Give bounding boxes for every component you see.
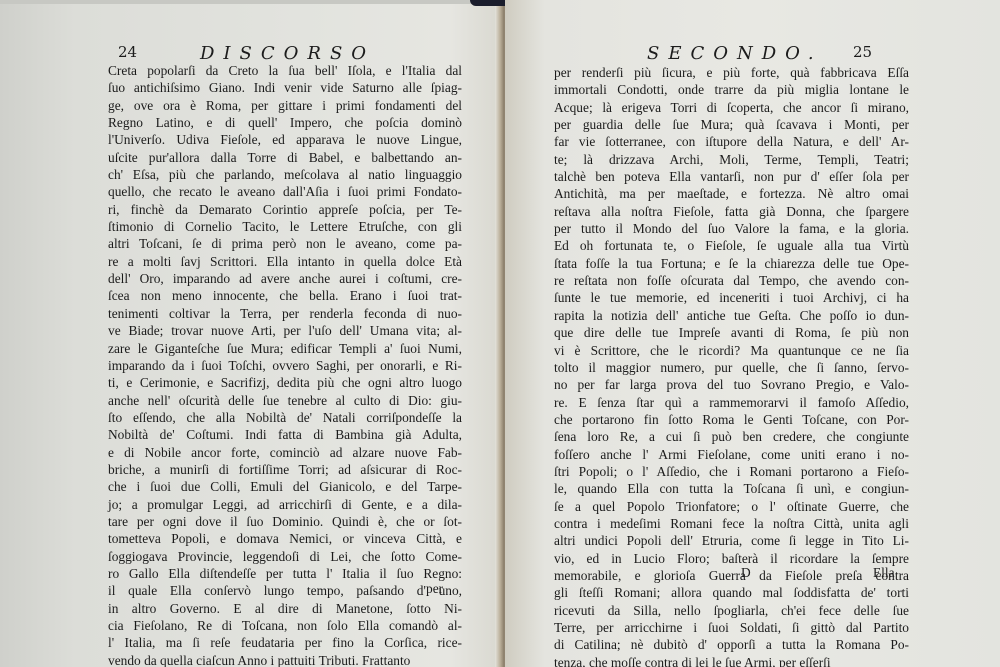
text-line: per guardia delle ſue Mura; quà ſcavava … <box>554 116 909 133</box>
text-line: vendo da quella ciaſcun Anno i pattuiti … <box>108 652 462 667</box>
running-head-right: SECONDO. <box>647 43 823 64</box>
open-book: 24 DISCORSO Creta popolarſi da Creto la … <box>0 0 1000 667</box>
text-line: re. E ſenza ſtar quì a rammemorarvi il f… <box>554 394 909 411</box>
text-line: Antichità, ma per maeſtade, e fortezza. … <box>554 185 909 202</box>
text-line: l' Italia, ma ſi reſe feudataria per fin… <box>108 634 462 651</box>
text-line: ſtata foſſe la tua Fortuna; e ſe la chia… <box>554 255 909 272</box>
text-line: ſunte le tue memorie, ed inceneriti i tu… <box>554 289 909 306</box>
text-line: ge, ove ora è Roma, per gittare i primi … <box>108 97 462 114</box>
text-line: il quale Ella conſervò lungo tempo, paſs… <box>108 582 462 599</box>
text-line: memorabile, e glorioſa Guerra da Fieſole… <box>554 567 909 584</box>
text-line: ſtimonio di Cornelio Tacito, le Lettere … <box>108 218 462 235</box>
text-line: ch' Eſsa, più che parlando, meſcolava al… <box>108 166 462 183</box>
text-line: tare per ogni dove il ſuo Dominio. Quind… <box>108 513 462 530</box>
text-line: Acque; là erigeva Torri di ſcoperta, che… <box>554 99 909 116</box>
text-line: ſto eſſendo, che alla Nobiltà de' Natali… <box>108 409 462 426</box>
text-line: l'Univerſo. Udiva Fieſole, ed apparava l… <box>108 131 462 148</box>
text-line: Ed oh fortunata te, o Fieſole, ſe uguale… <box>554 237 909 254</box>
running-head-left: DISCORSO <box>200 43 375 64</box>
text-line: tolto il maggior numero, pur quelle, che… <box>554 359 909 376</box>
left-page-body: Creta popolarſi da Creto la ſua bell' Iſ… <box>108 62 462 667</box>
text-line: vio, ed in Lucio Floro; baſterà il ricor… <box>554 550 909 567</box>
text-line: zare le Giganteſche ſue Mura; edificar T… <box>108 340 462 357</box>
text-line: anche nell' oſcurità delle ſue tenebre a… <box>108 392 462 409</box>
text-line: Nobiltà de' Coſtumi. Indi fatta di Bambi… <box>108 426 462 443</box>
text-line: Creta popolarſi da Creto la ſua bell' Iſ… <box>108 62 462 79</box>
text-line: di Catilina; nè dubitò d' opporſi a tutt… <box>554 636 909 653</box>
text-line: ro Gallo Ella diſtendeſſe per tutta l' I… <box>108 565 462 582</box>
text-line: reſtava alla noſtra Fieſole, fatta già D… <box>554 203 909 220</box>
signature-mark: D <box>741 565 751 581</box>
text-line: ri, finchè da Demarato Corintio appreſe … <box>108 201 462 218</box>
right-page-body: per renderſi più ſicura, e più forte, qu… <box>554 64 909 667</box>
text-line: altri undici Popoli dell' Etruria, come … <box>554 532 909 549</box>
text-line: re reſtata non foſſe oſcurata dal Tempo,… <box>554 272 909 289</box>
page-number-right: 25 <box>853 43 872 61</box>
text-line: uſcite pur'allora dalla Torre di Babel, … <box>108 149 462 166</box>
page-edge <box>0 0 500 4</box>
right-page: SECONDO. 25 per renderſi più ſicura, e p… <box>505 0 1000 667</box>
text-line: Regno Latino, e di quell' Impero, che po… <box>108 114 462 131</box>
text-line: rapita la notizia dell' antiche tue Geſt… <box>554 307 909 324</box>
text-line: no per far larga prova del tuo Sovrano P… <box>554 376 909 393</box>
text-line: che portarono fin ſotto Roma le Genti To… <box>554 411 909 428</box>
text-line: vi è Scrittore, che le ricordi? Ma quant… <box>554 342 909 359</box>
text-line: dell' Oro, imparando ad avere anche aure… <box>108 270 462 287</box>
text-line: briche, a munirſi di fortiſſime Torri; a… <box>108 461 462 478</box>
text-line: in altro Governo. E al dire di Manetone,… <box>108 600 462 617</box>
text-line: altri Toſcani, ſe di prima però non le a… <box>108 235 462 252</box>
text-line: gli ſteſſi Romani; allora quando mal ſod… <box>554 584 909 601</box>
catchword-right: Ella <box>873 565 895 581</box>
text-line: ſcea non meno innocente, che bella. Eran… <box>108 287 462 304</box>
page-number-left: 24 <box>118 43 137 61</box>
text-line: ſoggiogava Provincie, leggendoſi di Lei,… <box>108 548 462 565</box>
text-line: ve Biade; trovar nuove Arti, per l'uſo d… <box>108 322 462 339</box>
text-line: tenimenti coltivar la Terra, per renderl… <box>108 305 462 322</box>
text-line: e di Nobile ancor forte, cominciò ad alz… <box>108 444 462 461</box>
text-line: re a molti ſavj Scrittori. Ella intanto … <box>108 253 462 270</box>
text-line: cia Fieſolano, Re di Toſcana, non ſolo E… <box>108 617 462 634</box>
text-line: ſuo antichiſsimo Giano. Indi venir vide … <box>108 79 462 96</box>
text-line: ſe a quel Popolo Trionfatore; o l' oſtin… <box>554 498 909 515</box>
text-line: le, quando Ella con tutta la Toſcana ſi … <box>554 480 909 497</box>
text-line: Terre, per arricchirne i ſuoi Soldati, ſ… <box>554 619 909 636</box>
text-line: talchè ben poteva Ella vantarſi, non pur… <box>554 168 909 185</box>
text-line: immortali Condotti, onde trarre da più m… <box>554 81 909 98</box>
text-line: contra i medeſimi Romani fece la noſtra … <box>554 515 909 532</box>
text-line: che i ſuoi due Colli, Emuli del Gianicol… <box>108 478 462 495</box>
text-line: per tutto il Mondo del ſuo Valore la fam… <box>554 220 909 237</box>
text-line: que dire delle tue Impreſe avanti di Rom… <box>554 324 909 341</box>
text-line: per renderſi più ſicura, e più forte, qu… <box>554 64 909 81</box>
catchword-left: per <box>426 581 443 597</box>
text-line: ſena loro Re, a cui ſi può ben credere, … <box>554 428 909 445</box>
text-line: ſtri Popoli; o l' Aſſedio, che i Romani … <box>554 463 909 480</box>
text-line: ti, e Cerimonie, e Sacrifizj, dedita più… <box>108 374 462 391</box>
text-line: ricevuti da Silla, nello ſpogliarla, ch'… <box>554 602 909 619</box>
text-line: imparando da i ſuoi Toſchi, ovvero Saghi… <box>108 357 462 374</box>
text-line: far vie ſotterranee, con iſtupore della … <box>554 133 909 150</box>
text-line: jo; a promulgar Leggi, ad arricchirſi di… <box>108 496 462 513</box>
left-page: 24 DISCORSO Creta popolarſi da Creto la … <box>0 0 500 667</box>
text-line: tometteva Popoli, e domava Nemici, or vi… <box>108 530 462 547</box>
text-line: quello, che recato le aveano dall'Aſia i… <box>108 183 462 200</box>
text-line: tenza, che moſſe contra di lei le ſue Ar… <box>554 654 909 667</box>
text-line: foſſero anche l' Armi Fieſolane, come un… <box>554 446 909 463</box>
text-line: te; là drizzava Archi, Moli, Terme, Temp… <box>554 151 909 168</box>
